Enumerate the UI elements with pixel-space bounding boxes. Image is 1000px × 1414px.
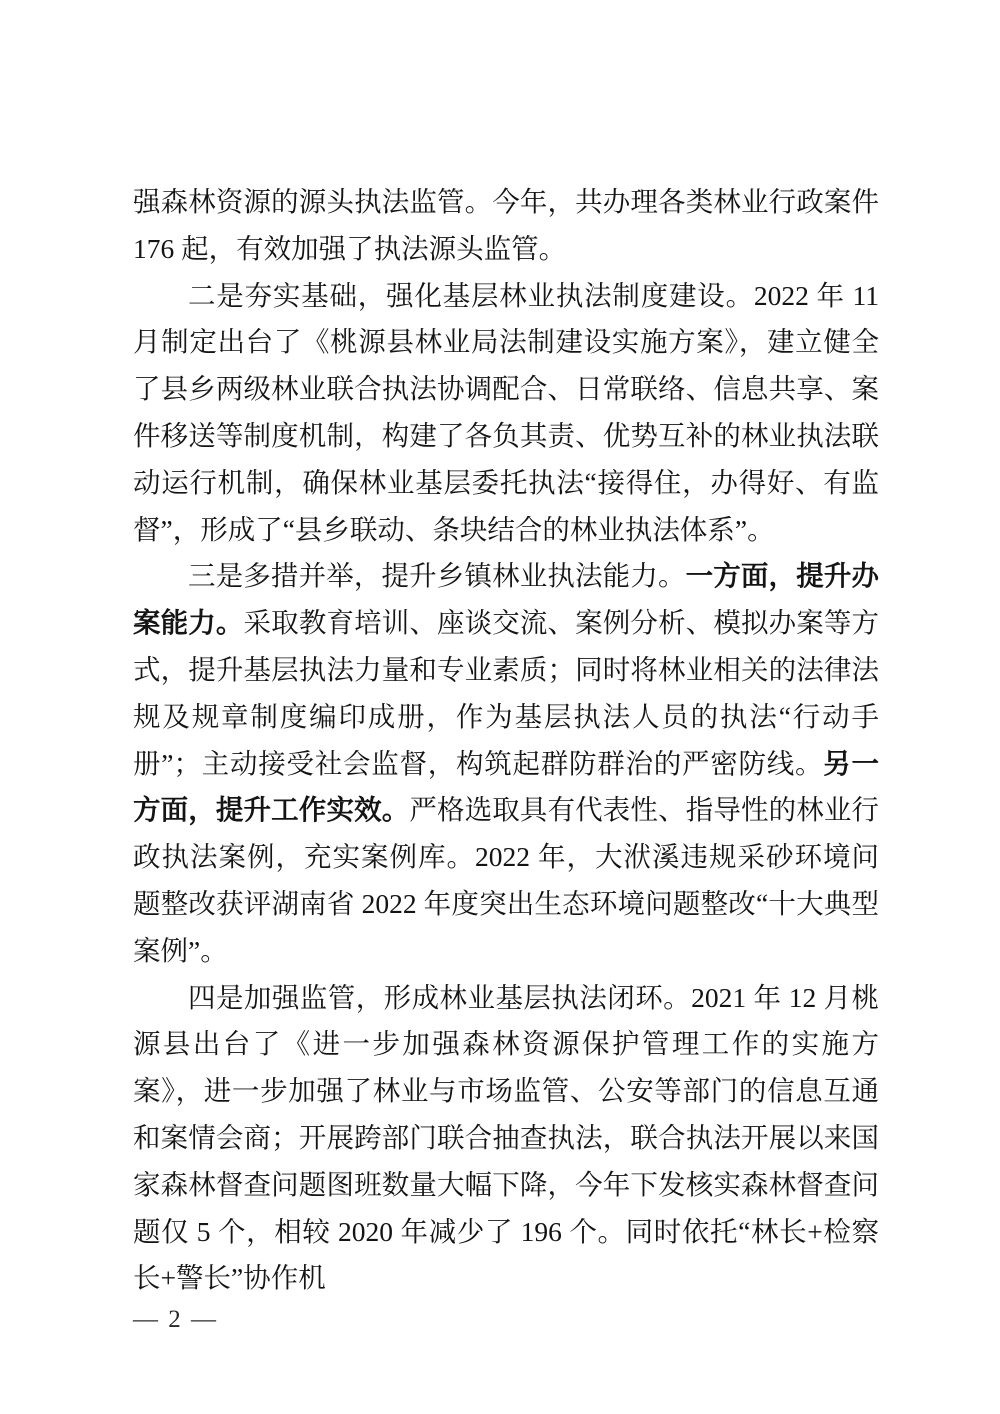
- text-run: 三是多措并举，提升乡镇林业执法能力。: [188, 560, 686, 591]
- text-run: 强森林资源的源头执法监管。今年，共办理各类林业行政案件 176 起，有效加强了执…: [133, 186, 879, 264]
- paragraph-point-three: 三是多措并举，提升乡镇林业执法能力。一方面，提升办案能力。采取教育培训、座谈交流…: [133, 553, 879, 974]
- document-body: 强森林资源的源头执法监管。今年，共办理各类林业行政案件 176 起，有效加强了执…: [133, 179, 879, 1302]
- page-footer: — 2 —: [133, 1303, 218, 1337]
- paragraph-point-two: 二是夯实基础，强化基层林业执法制度建设。2022 年 11 月制定出台了《桃源县…: [133, 273, 879, 554]
- paragraph-continuation: 强森林资源的源头执法监管。今年，共办理各类林业行政案件 176 起，有效加强了执…: [133, 179, 879, 273]
- document-page: 强森林资源的源头执法监管。今年，共办理各类林业行政案件 176 起，有效加强了执…: [0, 0, 1000, 1414]
- page-number: — 2 —: [133, 1306, 218, 1333]
- text-run: 采取教育培训、座谈交流、案例分析、模拟办案等方式，提升基层执法力量和专业素质；同…: [133, 607, 879, 778]
- paragraph-point-four: 四是加强监管，形成林业基层执法闭环。2021 年 12 月桃源县出台了《进一步加…: [133, 975, 879, 1303]
- text-run: 四是加强监管，形成林业基层执法闭环。2021 年 12 月桃源县出台了《进一步加…: [133, 982, 879, 1294]
- text-run: 二是夯实基础，强化基层林业执法制度建设。2022 年 11 月制定出台了《桃源县…: [133, 280, 879, 545]
